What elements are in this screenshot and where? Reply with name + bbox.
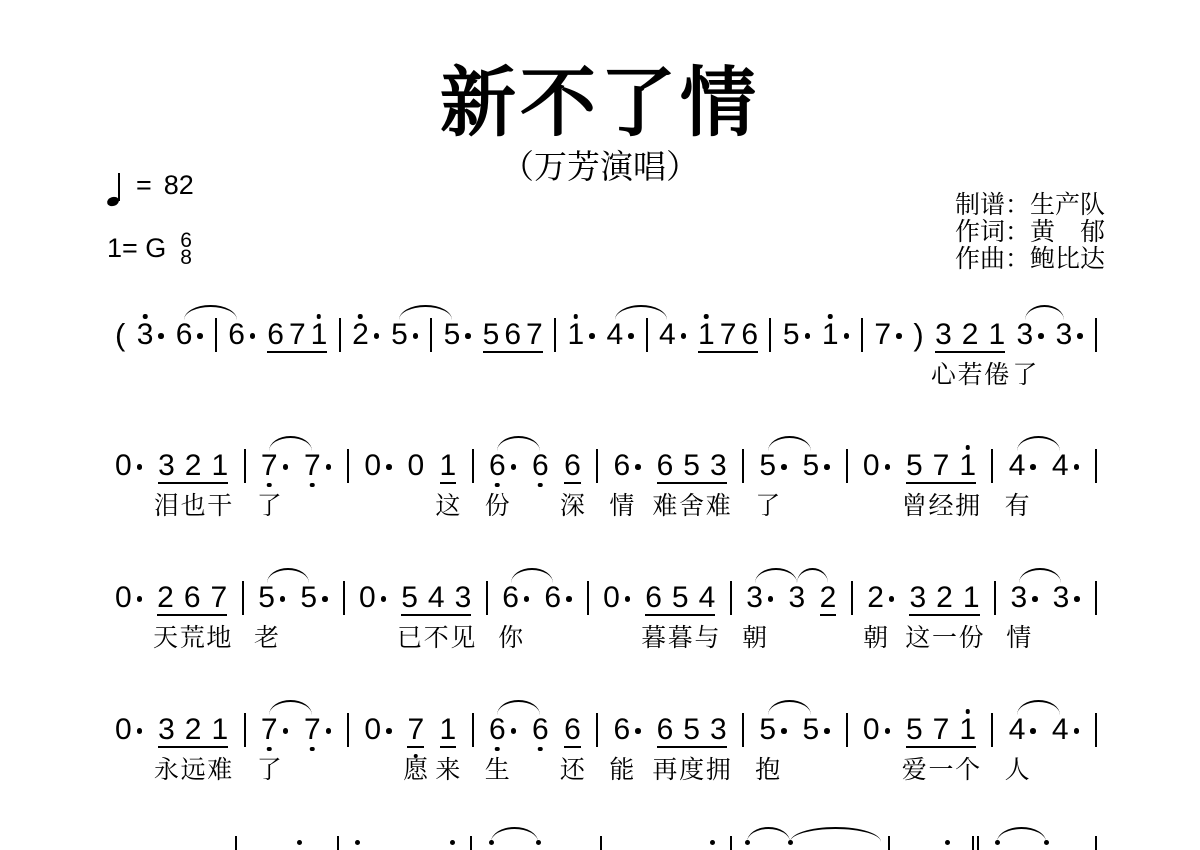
barline [730,836,732,850]
note-digit: 0 [407,453,424,479]
note-digit: 6 [544,585,561,611]
lyric-syllable: 个 [955,757,980,783]
note: 0 [863,717,880,743]
note: 1 [440,453,457,484]
barline [769,318,771,352]
note: 0 [364,453,381,479]
note-digit: 6 [657,717,674,743]
note-token: 0 [364,717,392,743]
tie-slur [1017,436,1060,451]
note-token: 3 [1053,585,1081,611]
augmentation-dot [628,322,634,348]
note: 2 [867,585,884,611]
augmentation-dot [137,585,143,611]
lyric-syllable: 也 [181,493,206,519]
note-digit: 5 [401,585,418,611]
note-token: 2 [867,585,895,611]
note-digit: 5 [683,717,700,743]
lyric-syllable: 老 [254,625,279,651]
note-digit: 1 [567,322,584,348]
lyric-syllable: 你 [498,625,523,651]
lyric-syllable: 份 [959,625,984,651]
note: 7 [261,717,278,743]
barline [554,318,556,352]
note: 3 [137,322,154,348]
note-digit: 7 [304,453,321,479]
beamed-note-group: 176 [698,322,758,353]
note: 6 [614,453,631,479]
beamed-note-group: 653 [657,453,727,484]
barline [430,318,432,352]
barline [339,318,341,352]
note-digit: 2 [352,322,369,348]
note-digit: 3 [1056,322,1073,348]
note: 1 [211,717,228,743]
note: 2 [185,717,202,743]
tie-slur [497,436,540,451]
barline [742,713,744,747]
note: 3 [1056,322,1073,348]
augmentation-dot [137,453,143,479]
beamed-note-group: 654 [645,585,715,616]
lyric-syllable: 难 [207,757,232,783]
note: 6 [645,585,662,611]
lyric-syllable: 干 [207,493,232,519]
note: 2 [157,585,174,611]
octave-dot-below [495,747,500,752]
augmentation-dot [824,453,830,479]
lyric-syllable: 能 [609,757,634,783]
parenthesis: ) [913,322,923,348]
note-digit: 2 [962,322,979,348]
note-digit: 6 [489,717,506,743]
note-digit: 1 [211,453,228,479]
barline [846,449,848,483]
note-token: 5 [300,585,328,611]
augmentation-dot [768,585,774,611]
note-digit: 7 [720,322,737,348]
note-digit: 4 [659,322,676,348]
octave-dot-above [965,709,970,714]
note-token: 3 [1010,585,1038,611]
octave-dot-above [965,445,970,450]
note-token: 1 [822,322,850,348]
note: 5 [783,322,800,348]
note-digit: 3 [710,453,727,479]
note-digit: 1 [959,717,976,743]
note-digit: 3 [909,585,926,611]
note: 2 [936,585,953,611]
tie-slur [615,305,667,320]
lyric-syllable: 泪 [154,493,179,519]
note-digit: 7 [211,585,228,611]
note-digit: 3 [158,717,175,743]
note: 7 [304,453,321,479]
lyric-syllable: 了 [257,757,282,783]
augmentation-dot [137,717,143,743]
lyric-syllable: 这 [435,493,460,519]
note-digit: 2 [820,585,837,611]
augmentation-dot [326,453,332,479]
note: 0 [115,453,132,479]
note-digit: 5 [802,453,819,479]
octave-dot-above [710,840,715,845]
augmentation-dot [386,717,392,743]
augmentation-dot [824,717,830,743]
note: 0 [407,453,424,479]
note: 5 [802,717,819,743]
note-token: 4 [1009,453,1037,479]
augmentation-dot [1074,453,1080,479]
barline [994,581,996,615]
note-token: 5 [258,585,286,611]
augmentation-dot [326,717,332,743]
octave-dot-above [704,314,709,319]
augmentation-dot [1030,717,1036,743]
note: 0 [115,717,132,743]
lyric-syllable: 天 [153,625,178,651]
note-digit: 6 [614,717,631,743]
note-digit: 7 [304,717,321,743]
note-token: 0 [407,453,424,479]
note: 6 [267,322,284,348]
note: 6 [532,717,549,743]
note-token: 0 [115,717,143,743]
note-token: 5 [759,717,787,743]
note-token: 5 [802,453,830,479]
note: 7 [304,717,321,743]
note-digit: 5 [300,585,317,611]
note-token: 3 [137,322,165,348]
lyric-syllable: 了 [1012,362,1037,388]
note-token: 6 [489,453,517,479]
lyric-syllable: 这 [905,625,930,651]
note: 3 [158,453,175,479]
lyric-syllable: 一 [928,757,953,783]
note-digit: 0 [603,585,620,611]
note-digit: 5 [258,585,275,611]
note-token: 5 [391,322,419,348]
note: 1 [698,322,715,348]
note: 4 [1009,717,1026,743]
octave-dot-above [317,314,322,319]
token-row: 032177071666665355057144永远难了愿来生还能再度拥抱爱一个… [115,717,1097,748]
note-digit: 6 [176,322,193,348]
note: 1 [311,322,328,348]
note-digit: 0 [863,717,880,743]
note-digit: 6 [532,453,549,479]
note-digit: 4 [1009,717,1026,743]
barline [244,449,246,483]
note: 6 [614,717,631,743]
note: 7 [933,717,950,743]
lyric-syllable: 永 [154,757,179,783]
note: 3 [1010,585,1027,611]
note: 7 [720,322,737,348]
note: 5 [444,322,461,348]
score: (366671255567144176517)32133心若倦了03217700… [0,0,1200,850]
beamed-note-group: 571 [906,717,976,748]
note-digit: 1 [963,585,980,611]
lyric-syllable: 拥 [955,493,980,519]
octave-dot-above [450,840,455,845]
note: 7 [526,322,543,348]
note-digit: 0 [359,585,376,611]
octave-dot-below [267,747,272,752]
lyric-syllable: 再 [652,757,677,783]
note-digit: 7 [407,717,424,743]
augmentation-dot [283,453,289,479]
note-digit: 3 [788,585,805,611]
lyric-syllable: 舍 [679,493,704,519]
note: 7 [407,717,424,748]
barline [851,581,853,615]
lyric-syllable: 深 [560,493,585,519]
lyric-syllable: 曾 [902,493,927,519]
note-token: 3 [788,585,805,611]
note-token: 5 [802,717,830,743]
note-token: 7 [407,717,424,748]
barline [600,836,602,850]
note-token: 7 [261,453,289,479]
lyric-syllable: 情 [1006,625,1031,651]
note-token: 4 [659,322,687,348]
token-row: 032177001666665355057144泪也干了这份深情难舍难了曾经拥有 [115,453,1097,484]
barline [343,581,345,615]
note-digit: 7 [526,322,543,348]
augmentation-dot [781,453,787,479]
barline [347,449,349,483]
note: 6 [657,717,674,743]
note-digit: 3 [137,322,154,348]
note: 2 [185,453,202,479]
note: 0 [364,717,381,743]
note: 5 [672,585,689,611]
beamed-note-group: 543 [401,585,471,616]
note: 3 [788,585,805,611]
augmentation-dot [280,585,286,611]
note: 5 [683,717,700,743]
barline [470,836,472,850]
note-digit: 5 [391,322,408,348]
tie-slur [997,827,1046,842]
tie-slur [267,568,309,583]
note-digit: 5 [683,453,700,479]
note-token: 6 [564,717,581,748]
augmentation-dot [566,585,572,611]
barline [861,318,863,352]
octave-dot-below [538,483,543,488]
augmentation-dot [250,322,256,348]
octave-dot-above [945,840,950,845]
note-digit: 0 [115,717,132,743]
tie-slur [797,568,828,583]
augmentation-dot [885,453,891,479]
note: 6 [564,453,581,484]
barline [472,449,474,483]
note-token: 5 [444,322,472,348]
lyric-syllable: 了 [257,493,282,519]
barline [215,318,217,352]
barline [991,449,993,483]
note-digit: 1 [440,453,457,479]
tie-slur [399,305,451,320]
lyric-syllable: 拥 [706,757,731,783]
note: 3 [158,717,175,743]
note-digit: 3 [455,585,472,611]
note: 3 [455,585,472,611]
note: 4 [428,585,445,611]
note-token: 7 [304,717,332,743]
note-token: 7 [261,717,289,743]
note: 3 [1053,585,1070,611]
note: 5 [759,453,776,479]
note: 2 [962,322,979,348]
note-digit: 0 [115,453,132,479]
lyric-syllable: 倦 [984,362,1009,388]
note: 4 [607,322,624,348]
barline [244,713,246,747]
note: 0 [603,585,620,611]
beamed-note-group: 571 [906,453,976,484]
note-digit: 1 [211,717,228,743]
note-digit: 4 [699,585,716,611]
note-digit: 5 [759,717,776,743]
beamed-note-group: 653 [657,717,727,748]
note-token: 4 [1052,453,1080,479]
note: 5 [258,585,275,611]
barline [472,713,474,747]
note-digit: 3 [1017,322,1034,348]
octave-dot-above [574,314,579,319]
lyric-syllable: 朝 [863,625,888,651]
barline [1095,713,1097,747]
double-barline [972,836,974,850]
note: 2 [820,585,837,616]
note-token: 4 [1052,717,1080,743]
lyric-syllable: 心 [931,362,956,388]
note-digit: 4 [1052,717,1069,743]
note: 6 [564,717,581,748]
augmentation-dot [1077,322,1083,348]
augmentation-dot [885,717,891,743]
augmentation-dot [386,453,392,479]
note-token: 6 [489,717,517,743]
note-token: 6 [532,717,549,743]
barline [1095,836,1097,850]
note-digit: 6 [267,322,284,348]
tie-slur [747,827,790,842]
note-token: 1 [440,717,457,748]
note: 1 [440,717,457,748]
note: 0 [359,585,376,611]
note: 6 [504,322,521,348]
note: 6 [544,585,561,611]
note-digit: 1 [311,322,328,348]
note-digit: 5 [802,717,819,743]
barline [486,581,488,615]
note-digit: 5 [759,453,776,479]
octave-dot-below [310,483,315,488]
note: 1 [988,322,1005,348]
note-digit: 3 [158,453,175,479]
augmentation-dot [635,453,641,479]
lyric-syllable: 难 [706,493,731,519]
lyric-syllable: 朝 [742,625,767,651]
note-digit: 7 [261,453,278,479]
note: 1 [211,453,228,479]
barline [587,581,589,615]
lyric-syllable: 见 [450,625,475,651]
lyric-syllable: 愿 [403,757,428,783]
barline [646,318,648,352]
note: 6 [532,453,549,479]
note-token: 2 [820,585,837,616]
note-token: 0 [863,717,891,743]
note: 3 [710,453,727,479]
note-digit: 6 [504,322,521,348]
barline [1095,581,1097,615]
tie-slur [511,568,553,583]
lyric-syllable: 荒 [180,625,205,651]
octave-dot-below [267,483,272,488]
lyric-syllable: 经 [928,493,953,519]
lyric-syllable: 远 [181,757,206,783]
beamed-note-group: 321 [935,322,1005,353]
note-digit: 1 [959,453,976,479]
note: 3 [935,322,952,348]
note-token: 0 [863,453,891,479]
augmentation-dot [589,322,595,348]
lyric-syllable: 暮 [668,625,693,651]
note: 1 [567,322,584,348]
lyric-syllable: 度 [679,757,704,783]
augmentation-dot [322,585,328,611]
barline [846,713,848,747]
lyric-syllable: 抱 [755,757,780,783]
lyric-syllable: 已 [397,625,422,651]
lyric-syllable: 有 [1005,493,1030,519]
tie-slur [269,436,312,451]
barline [730,581,732,615]
augmentation-dot [805,322,811,348]
barline [596,449,598,483]
token-row: (366671255567144176517)32133心若倦了 [115,322,1097,353]
note-token: 6 [614,453,642,479]
note-digit: 6 [228,322,245,348]
barline [242,581,244,615]
beamed-note-group: 267 [157,585,227,616]
note-token: 6 [614,717,642,743]
note: 6 [741,322,758,348]
note: 5 [906,453,923,479]
tie-slur [269,700,312,715]
note-digit: 3 [935,322,952,348]
tie-slur [755,568,797,583]
note: 5 [683,453,700,479]
note-digit: 6 [564,717,581,743]
note: 3 [909,585,926,611]
note-digit: 7 [933,717,950,743]
augmentation-dot [844,322,850,348]
note-digit: 2 [185,717,202,743]
note: 5 [300,585,317,611]
barline [347,713,349,747]
beamed-note-group: 567 [483,322,543,353]
tie-slur [184,305,236,320]
note-token: 1 [567,322,595,348]
augmentation-dot [1038,322,1044,348]
